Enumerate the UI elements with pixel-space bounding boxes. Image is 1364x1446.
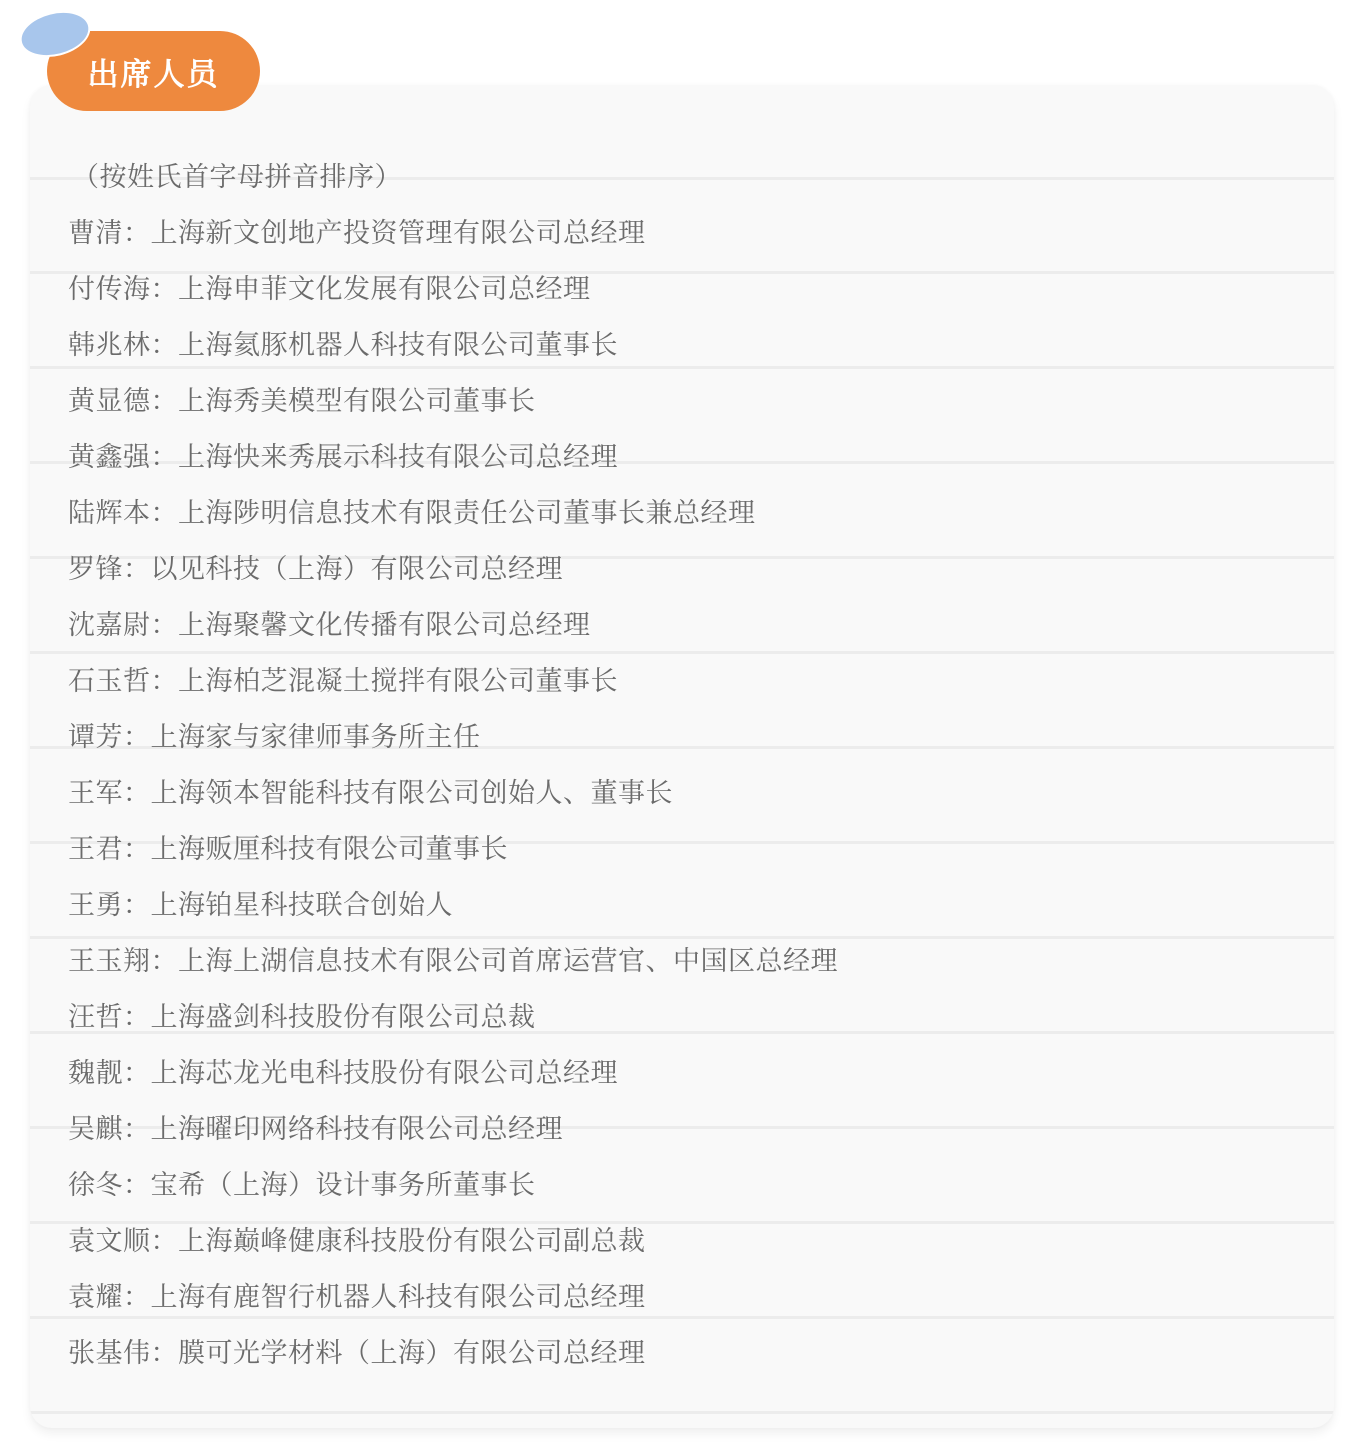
list-item: 谭芳：上海家与家律师事务所主任 (68, 718, 481, 758)
list-item: 黄鑫强：上海快来秀展示科技有限公司总经理 (68, 438, 618, 478)
list-item: 陆辉本：上海陟明信息技术有限责任公司董事长兼总经理 (68, 494, 756, 534)
list-item: 韩兆林：上海氦豚机器人科技有限公司董事长 (68, 326, 618, 366)
list-item: 曹清：上海新文创地产投资管理有限公司总经理 (68, 214, 646, 254)
divider (30, 651, 1334, 654)
list-item: 吴麒：上海曜印网络科技有限公司总经理 (68, 1110, 563, 1150)
list-item: 王玉翔：上海上湖信息技术有限公司首席运营官、中国区总经理 (68, 942, 838, 982)
section-title: 出席人员 (88, 49, 220, 94)
list-item: 袁耀：上海有鹿智行机器人科技有限公司总经理 (68, 1278, 646, 1318)
sort-note: （按姓氏首字母拼音排序） (72, 158, 402, 198)
list-item: 付传海：上海申菲文化发展有限公司总经理 (68, 270, 591, 310)
list-item: 汪哲：上海盛剑科技股份有限公司总裁 (68, 998, 536, 1038)
list-item: 徐冬：宝希（上海）设计事务所董事长 (68, 1166, 536, 1206)
list-item: 王君：上海贩厘科技有限公司董事长 (68, 830, 508, 870)
divider (30, 1411, 1334, 1414)
list-item: 魏靓：上海芯龙光电科技股份有限公司总经理 (68, 1054, 618, 1094)
divider (30, 366, 1334, 369)
list-item: 石玉哲：上海柏芝混凝土搅拌有限公司董事长 (68, 662, 618, 702)
list-item: 罗锋：以见科技（上海）有限公司总经理 (68, 550, 563, 590)
list-item: 张基伟：膜可光学材料（上海）有限公司总经理 (68, 1334, 646, 1374)
list-item: 沈嘉尉：上海聚馨文化传播有限公司总经理 (68, 606, 591, 646)
divider (30, 936, 1334, 939)
list-item: 黄显德：上海秀美模型有限公司董事长 (68, 382, 536, 422)
list-item: 王勇：上海铂星科技联合创始人 (68, 886, 453, 926)
list-item: 袁文顺：上海巅峰健康科技股份有限公司副总裁 (68, 1222, 646, 1262)
list-item: 王军：上海领本智能科技有限公司创始人、董事长 (68, 774, 673, 814)
